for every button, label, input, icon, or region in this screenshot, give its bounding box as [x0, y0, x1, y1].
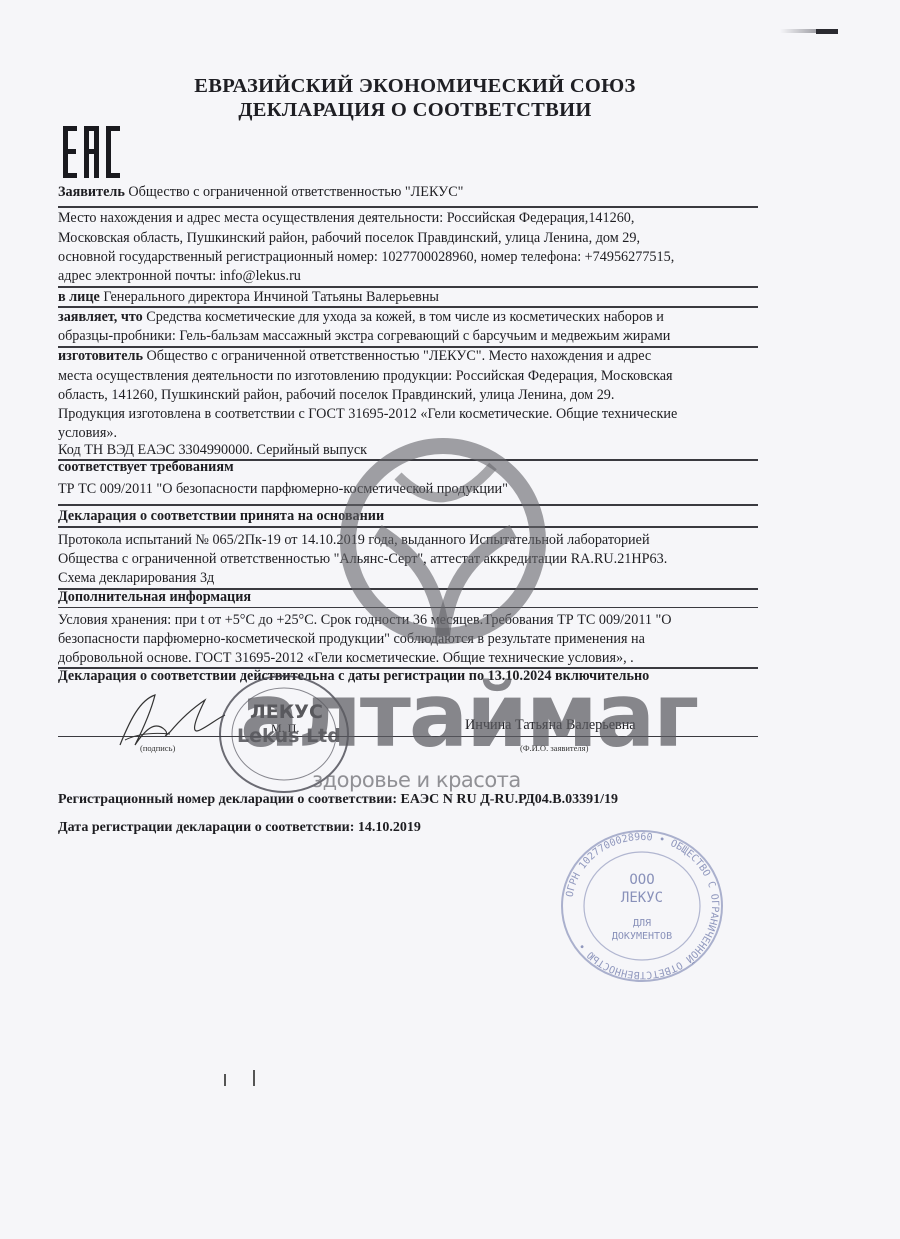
scan-artifact [224, 1074, 226, 1086]
declares-line-2: образцы-пробники: Гель-бальзам массажный… [58, 327, 670, 346]
divider [58, 206, 758, 208]
manufacturer-row: изготовитель Общество с ограниченной отв… [58, 347, 651, 366]
union-title: ЕВРАЗИЙСКИЙ ЭКОНОМИЧЕСКИЙ СОЮЗ [0, 75, 830, 98]
eac-logo-icon [63, 126, 121, 178]
registration-date: Дата регистрации декларации о соответств… [58, 818, 421, 837]
address-line-2: Московская область, Пушкинский район, ра… [58, 229, 640, 248]
stamp-center-4: ДОКУМЕНТОВ [612, 931, 672, 942]
address-line-3: основной государственный регистрационный… [58, 248, 674, 267]
scan-artifact [253, 1070, 255, 1086]
stamp-center-3: ДЛЯ [633, 918, 651, 929]
manufacturer-label: изготовитель [58, 348, 143, 364]
address-line-1: Место нахождения и адрес места осуществл… [58, 209, 634, 228]
represented-by-value: Генерального директора Инчиной Татьяны В… [103, 289, 439, 305]
address-line-4: адрес электронной почты: info@lekus.ru [58, 267, 301, 286]
registration-number: Регистрационный номер декларации о соотв… [58, 790, 618, 809]
additional-label: Дополнительная информация [58, 588, 251, 607]
applicant-row: Заявитель Общество с ограниченной ответс… [58, 183, 463, 202]
manufacturer-line-4: Продукция изготовлена в соответствии с Г… [58, 405, 677, 424]
signature-caption: (подпись) [140, 739, 175, 758]
watermark-logo-icon [338, 436, 548, 646]
stamp-center-2: ЛЕКУС [621, 890, 663, 906]
applicant-label: Заявитель [58, 184, 125, 200]
declaration-title: ДЕКЛАРАЦИЯ О СООТВЕТСТВИИ [0, 99, 830, 122]
basis-line-3: Схема декларирования 3д [58, 569, 214, 588]
represented-by-row: в лице Генерального директора Инчиной Та… [58, 288, 439, 307]
conforms-label: соответствует требованиям [58, 458, 234, 477]
represented-by-label: в лице [58, 289, 100, 305]
declares-line-1: Средства косметические для ухода за коже… [146, 309, 664, 325]
declares-row: заявляет, что Средства косметические для… [58, 308, 664, 327]
watermark-tagline: здоровье и красота [312, 768, 521, 792]
applicant-value: Общество с ограниченной ответственностью… [128, 184, 463, 200]
manufacturer-line-3: область, 141260, Пушкинский район, рабоч… [58, 386, 614, 405]
document-stamp-icon: ОГРН 1027700028960 • ОБЩЕСТВО С ОГРАНИЧЕ… [557, 826, 727, 986]
manufacturer-line-1: Общество с ограниченной ответственностью… [147, 348, 652, 364]
basis-label: Декларация о соответствии принята на осн… [58, 507, 384, 526]
declares-label: заявляет, что [58, 309, 143, 325]
stamp-center-1: ООО [629, 872, 654, 888]
manufacturer-line-2: места осуществления деятельности по изго… [58, 367, 673, 386]
watermark-brand: алтаймаг [240, 672, 697, 760]
